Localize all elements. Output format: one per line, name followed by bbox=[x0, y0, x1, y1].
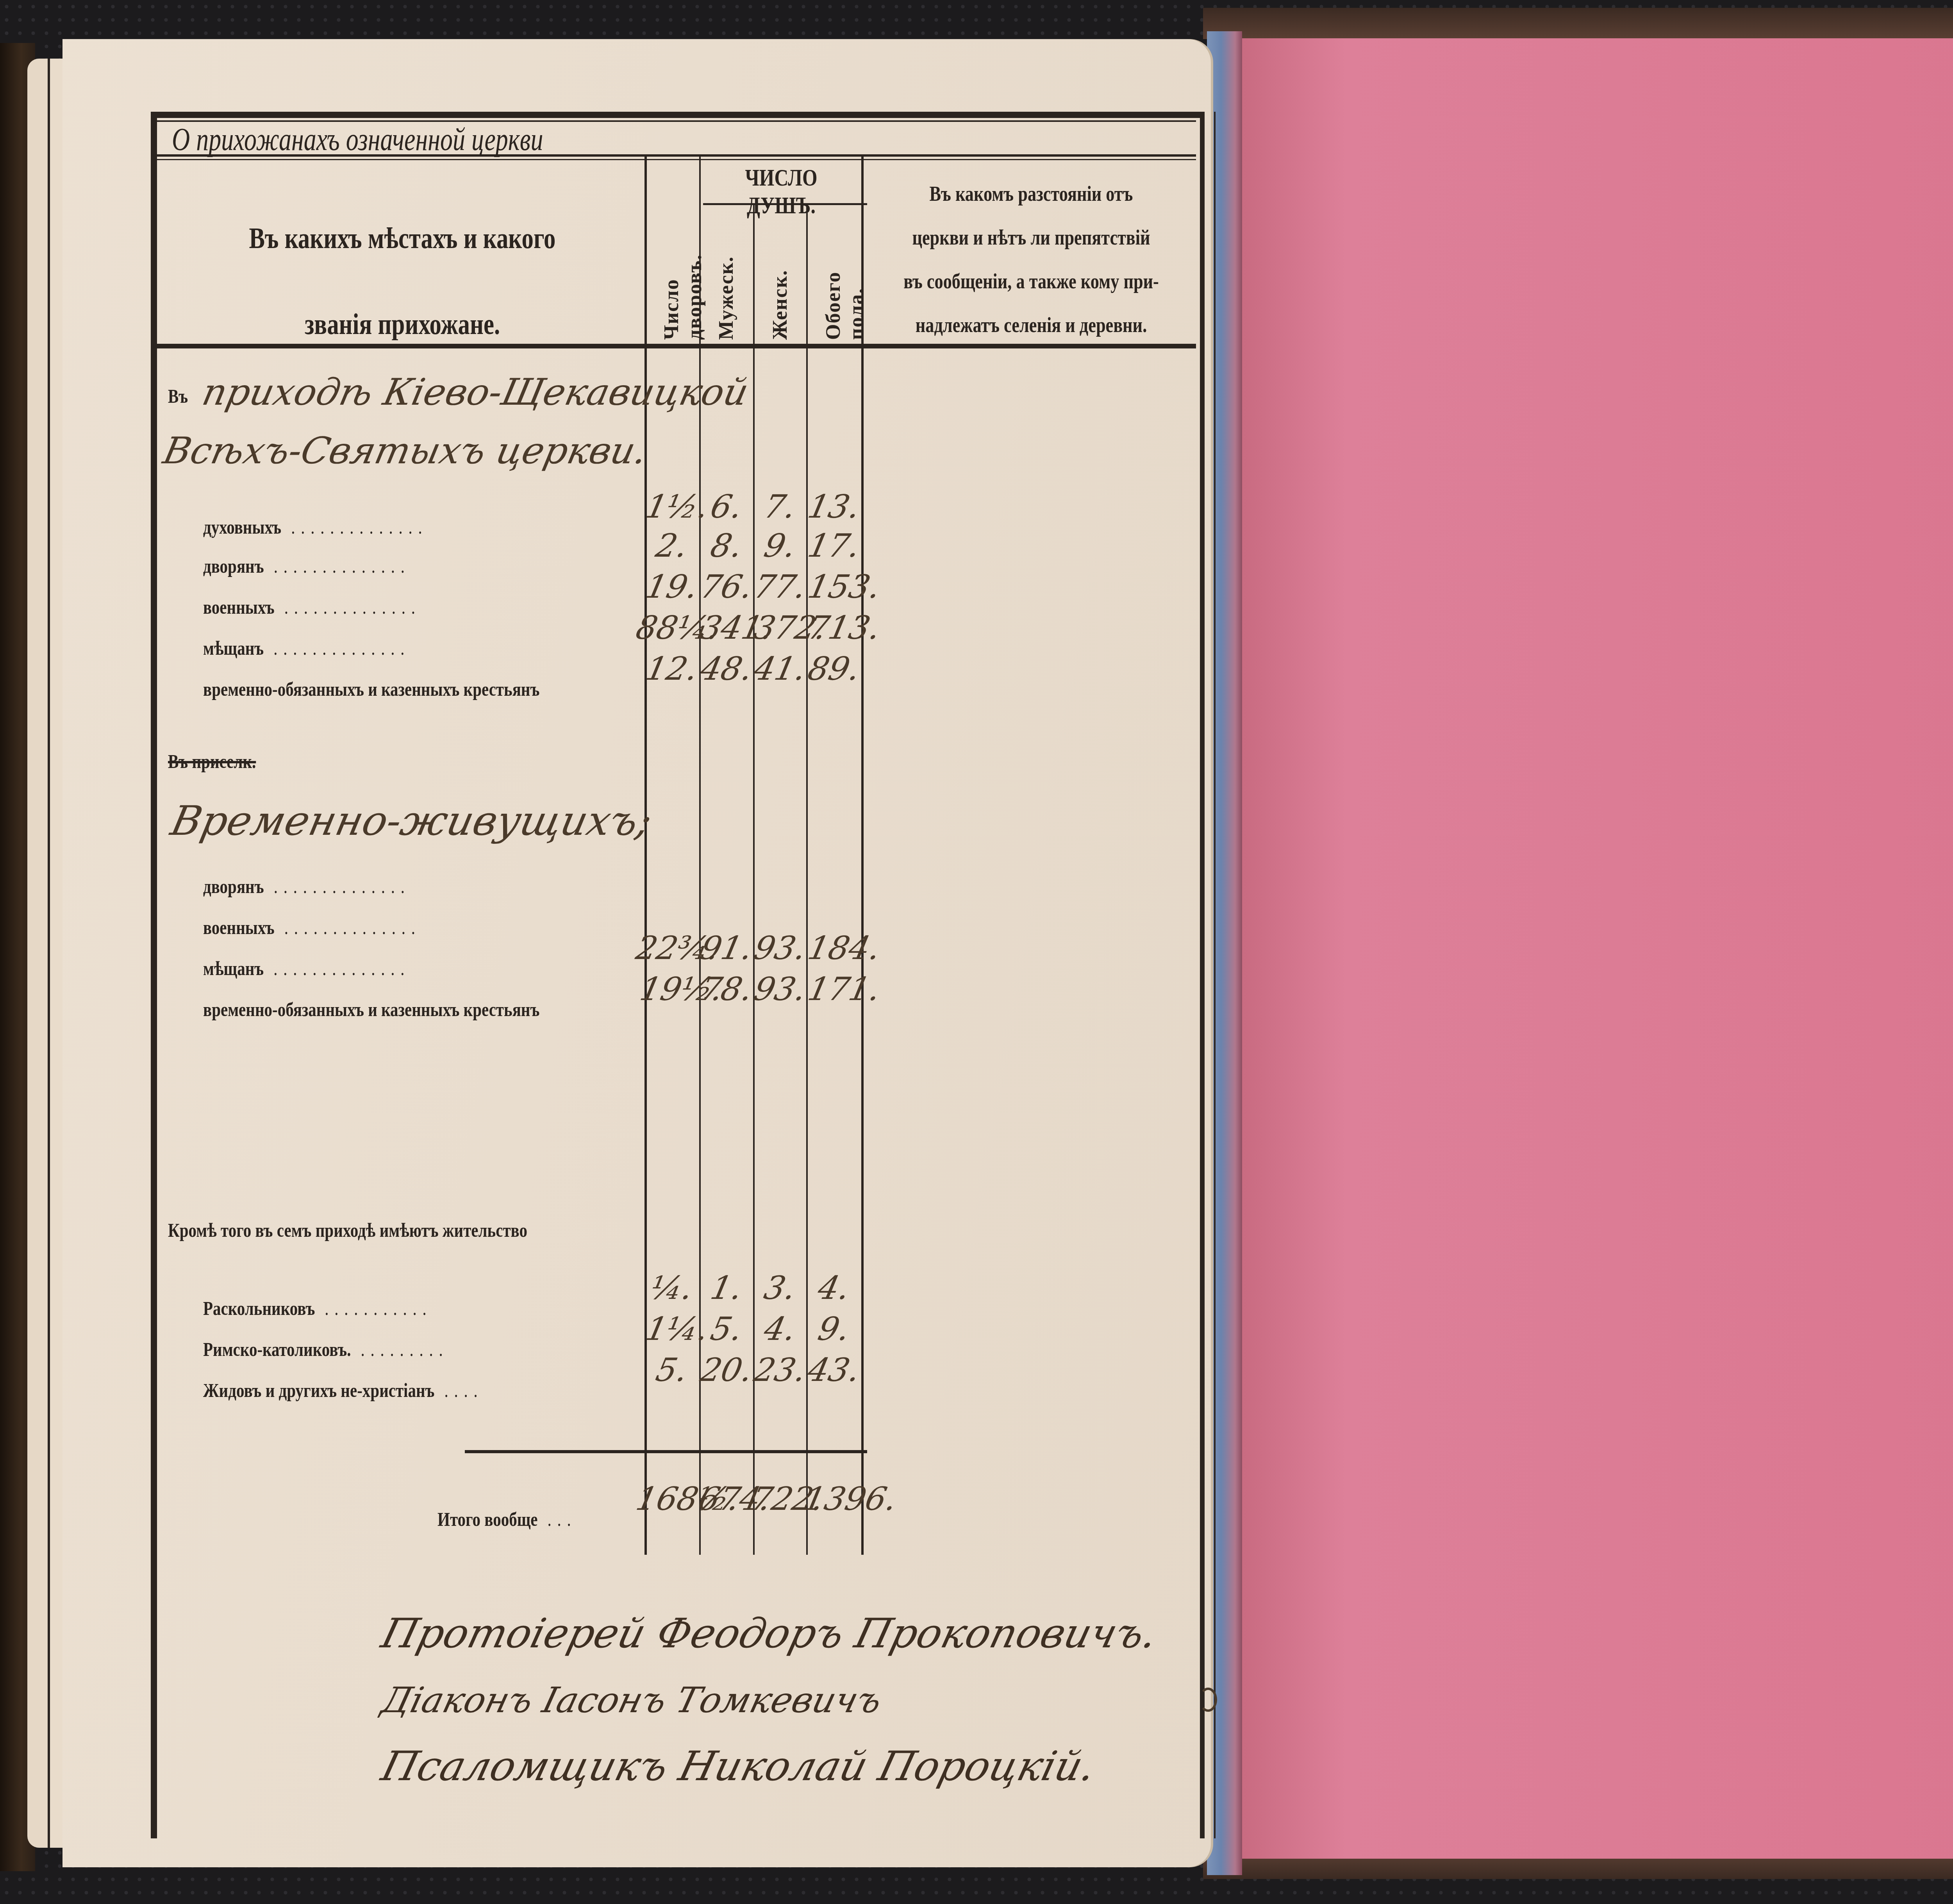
row-label: Раскольниковъ ........... bbox=[203, 1297, 432, 1320]
book-spine-top bbox=[1203, 8, 1953, 39]
cell-male: 20. bbox=[697, 1352, 756, 1389]
frame-top-rule bbox=[151, 112, 1200, 118]
cell-both: 43. bbox=[805, 1352, 863, 1389]
header-distance-line4: надлежатъ селенія и деревни. bbox=[900, 303, 1162, 347]
section1-parish-line1: приходѣ Кіево-Щекавицкой bbox=[198, 371, 752, 414]
section3-heading: Кромѣ того въ семъ приходѣ имѣютъ житель… bbox=[168, 1219, 527, 1241]
cell-both: 4. bbox=[805, 1270, 863, 1307]
binding-hole bbox=[1199, 1688, 1217, 1712]
cell-both: 17. bbox=[805, 527, 863, 564]
row-label: временно-обязанныхъ и казенныхъ крестьян… bbox=[203, 998, 539, 1021]
signature-deacon: Діаконъ Іасонъ Томкевичъ bbox=[378, 1680, 886, 1721]
cell-female: 7. bbox=[751, 488, 809, 525]
cell-male: 8. bbox=[697, 527, 756, 564]
cell-households: 1½. bbox=[643, 488, 701, 525]
header-both: Обоего пола. bbox=[822, 223, 868, 340]
cell-both: 713. bbox=[805, 609, 863, 647]
cell-female: 3. bbox=[751, 1270, 809, 1307]
row-label: военныхъ .............. bbox=[203, 916, 421, 939]
header-distance: Въ какомъ разстояніи отъ церкви и нѣтъ л… bbox=[900, 172, 1162, 347]
cell-households: 88¼. bbox=[633, 609, 703, 647]
cell-male: 76. bbox=[697, 568, 756, 605]
cell-both: 171. bbox=[805, 971, 863, 1008]
cell-male: 48. bbox=[697, 650, 756, 688]
header-place-line1: Въ какихъ мѣстахъ и какого bbox=[212, 195, 593, 281]
section2-handwritten-heading: Временно-живущихъ; bbox=[167, 797, 656, 845]
col-line-distance bbox=[861, 156, 864, 1555]
cell-male: 1. bbox=[697, 1270, 756, 1307]
cell-both: 153. bbox=[805, 568, 863, 605]
section2-struck-heading: Въ приселк. bbox=[168, 750, 256, 773]
header-distance-line3: въ сообщеніи, а также кому при- bbox=[900, 259, 1162, 303]
row-label: временно-обязанныхъ и казенныхъ крестьян… bbox=[203, 678, 539, 700]
totals-label: Итого вообще ... bbox=[437, 1508, 577, 1531]
pink-endpaper bbox=[1238, 38, 1953, 1859]
total-male: 674. bbox=[695, 1481, 758, 1518]
cell-both: 9. bbox=[805, 1311, 863, 1348]
cell-female: 372. bbox=[751, 609, 809, 647]
section1-prefix: Въ bbox=[168, 385, 188, 407]
cell-female: 93. bbox=[751, 971, 809, 1008]
row-label: дворянъ .............. bbox=[203, 555, 411, 577]
cell-female: 93. bbox=[751, 930, 809, 967]
header-distance-line1: Въ какомъ разстояніи отъ bbox=[900, 172, 1162, 216]
cell-households: 2. bbox=[643, 527, 701, 564]
book-gutter bbox=[1207, 31, 1242, 1875]
header-male: Мужеск. bbox=[715, 258, 738, 340]
cell-households: 5. bbox=[643, 1352, 701, 1389]
cell-both: 13. bbox=[805, 488, 863, 525]
header-female: Женск. bbox=[769, 266, 792, 340]
section1-parish-line2: Всѣхъ-Святыхъ церкви. bbox=[159, 430, 651, 472]
cell-households: 19½. bbox=[637, 971, 703, 1008]
cell-both: 184. bbox=[805, 930, 863, 967]
cell-male: 341. bbox=[697, 609, 756, 647]
header-households: Число дворовъ. bbox=[660, 203, 706, 340]
title-rule-thin bbox=[157, 159, 1196, 160]
form-title: О прихожанахъ означенной церкви bbox=[172, 121, 543, 158]
cell-female: 9. bbox=[751, 527, 809, 564]
total-households: 168½. bbox=[633, 1481, 707, 1518]
cell-female: 77. bbox=[751, 568, 809, 605]
row-label: Римско-католиковъ. ......... bbox=[203, 1338, 449, 1361]
cell-households: 22¾. bbox=[633, 930, 703, 967]
cell-male: 91. bbox=[697, 930, 756, 967]
cell-households: ¼. bbox=[643, 1270, 701, 1307]
header-souls-group: ЧИСЛО ДУШЪ. bbox=[716, 164, 847, 220]
row-label: мѣщанъ .............. bbox=[203, 637, 410, 659]
signature-archpriest: Протоіерей Феодоръ Прокоповичъ. bbox=[377, 1609, 1162, 1657]
cell-households: 19. bbox=[643, 568, 701, 605]
row-label: духовныхъ .............. bbox=[203, 516, 428, 538]
total-both: 1396. bbox=[801, 1481, 871, 1518]
cell-male: 78. bbox=[697, 971, 756, 1008]
row-label: военныхъ .............. bbox=[203, 596, 421, 618]
cell-both: 89. bbox=[805, 650, 863, 688]
total-female: 722. bbox=[748, 1481, 810, 1518]
cell-male: 6. bbox=[697, 488, 756, 525]
cell-female: 4. bbox=[751, 1311, 809, 1348]
cell-female: 41. bbox=[751, 650, 809, 688]
signature-psalmist: Псаломщикъ Николай Пороцкій. bbox=[377, 1742, 1101, 1790]
row-label: дворянъ .............. bbox=[203, 875, 411, 898]
cell-male: 5. bbox=[697, 1311, 756, 1348]
row-label: мѣщанъ .............. bbox=[203, 957, 410, 980]
cell-households: 1¼. bbox=[643, 1311, 701, 1348]
cell-households: 12. bbox=[643, 650, 701, 688]
header-place-line2: званія прихожане. bbox=[212, 281, 593, 367]
cell-female: 23. bbox=[751, 1352, 809, 1389]
header-place: Въ какихъ мѣстахъ и какого званія прихож… bbox=[212, 195, 593, 367]
row-label: Жидовъ и другихъ не-христіанъ .... bbox=[203, 1379, 484, 1402]
header-distance-line2: церкви и нѣтъ ли препятствій bbox=[900, 216, 1162, 259]
